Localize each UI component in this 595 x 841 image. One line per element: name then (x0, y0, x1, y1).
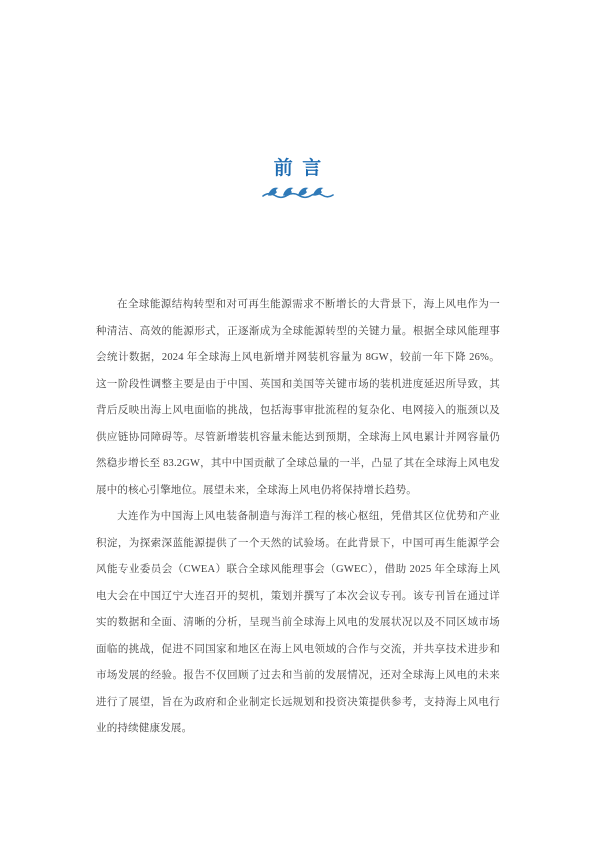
preface-header: 前言 (0, 158, 595, 199)
page-title: 前言 (0, 158, 595, 180)
ocean-wave-icon (262, 185, 334, 199)
preface-paragraph: 大连作为中国海上风电装备制造与海洋工程的核心枢纽，凭借其区位优势和产业积淀，为探… (96, 504, 500, 743)
preface-body: 在全球能源结构转型和对可再生能源需求不断增长的大背景下，海上风电作为一种清洁、高… (96, 292, 500, 743)
preface-paragraph: 在全球能源结构转型和对可再生能源需求不断增长的大背景下，海上风电作为一种清洁、高… (96, 292, 500, 504)
document-page: 前言 在全球能源结构转型和对可再生能源需求不断增长的大背景下，海上风电作为一种清… (0, 0, 595, 841)
